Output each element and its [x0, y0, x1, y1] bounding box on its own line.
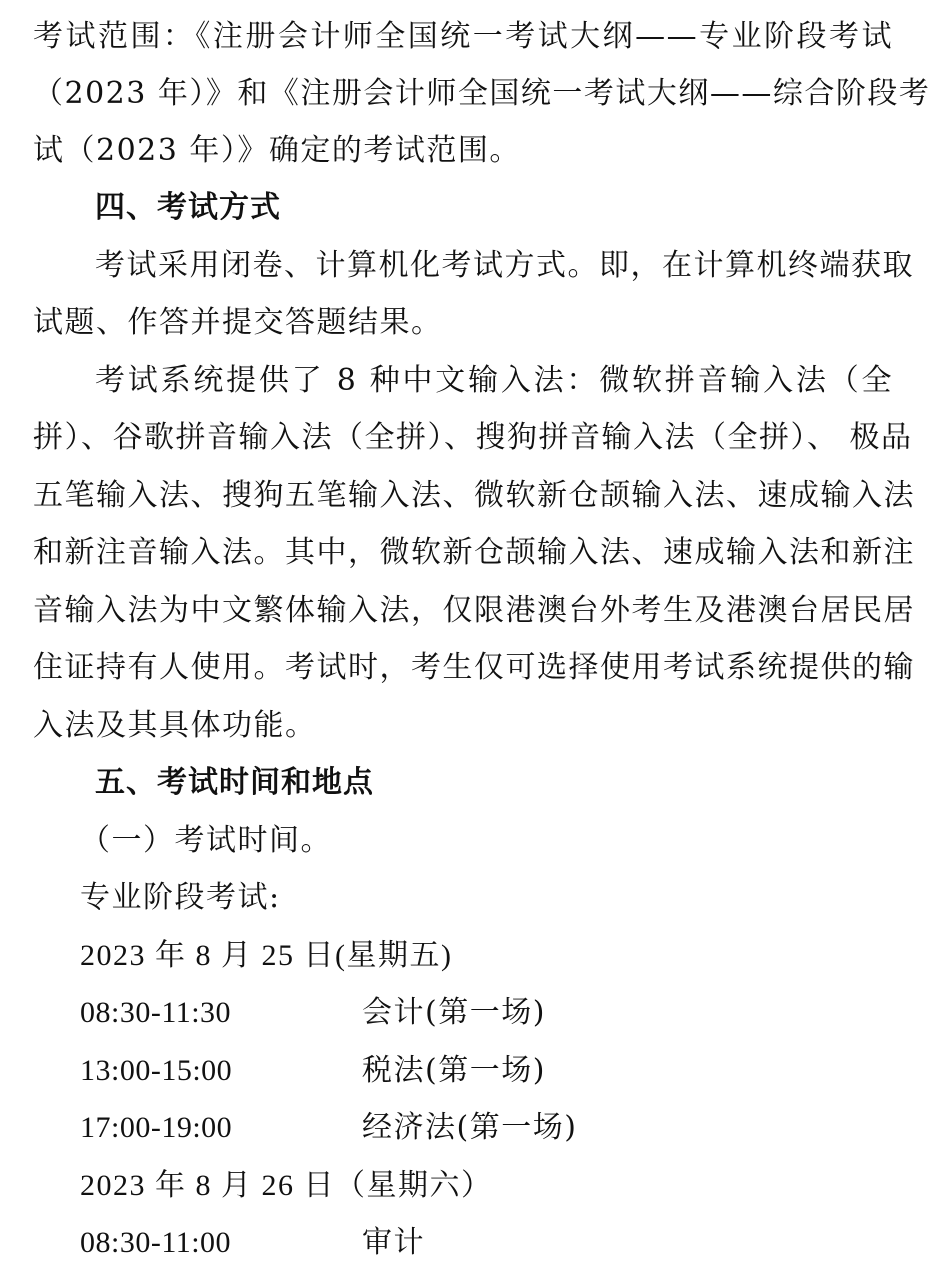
session-time: 08:30-11:00: [80, 1223, 362, 1263]
input-method-line-2: 拼）、谷歌拼音输入法（全拼）、搜狗拼音输入法（全拼）、 极品: [33, 418, 893, 458]
day-1-date: 2023 年 8 月 25 日(星期五): [80, 936, 935, 976]
schedule-row: 13:00-15:00税法(第一场): [80, 1051, 935, 1091]
input-method-line-6: 住证持有人使用。考试时，考生仅可选择使用考试系统提供的输: [33, 648, 893, 688]
input-method-line-1: 考试系统提供了 8 种中文输入法：微软拼音输入法（全: [95, 361, 893, 401]
input-method-line-7: 入法及其具体功能。: [33, 706, 935, 746]
schedule-row: 17:00-19:00经济法(第一场): [80, 1108, 935, 1148]
exam-time-subheading: （一）考试时间。: [80, 821, 935, 861]
section-five-heading: 五、考试时间和地点: [95, 763, 935, 803]
section-four-heading: 四、考试方式: [95, 188, 935, 228]
scope-line-1: 考试范围：《注册会计师全国统一考试大纲——专业阶段考试: [33, 17, 893, 57]
schedule-row: 08:30-11:00审计: [80, 1223, 935, 1263]
input-method-line-3: 五笔输入法、搜狗五笔输入法、微软新仓颉输入法、速成输入法: [33, 476, 893, 516]
session-subject: 税法(第一场): [362, 1053, 546, 1088]
schedule-row: 08:30-11:30会计(第一场): [80, 993, 935, 1033]
day-2-date: 2023 年 8 月 26 日（星期六）: [80, 1166, 935, 1206]
input-method-line-4: 和新注音输入法。其中，微软新仓颉输入法、速成输入法和新注: [33, 533, 893, 573]
exam-method-line-1: 考试采用闭卷、计算机化考试方式。即，在计算机终端获取: [95, 246, 893, 286]
session-time: 13:00-15:00: [80, 1051, 362, 1091]
session-subject: 经济法(第一场): [362, 1110, 577, 1145]
session-subject: 会计(第一场): [362, 995, 546, 1030]
input-method-line-5: 音输入法为中文繁体输入法，仅限港澳台外考生及港澳台居民居: [33, 591, 893, 631]
exam-method-line-2: 试题、作答并提交答题结果。: [33, 303, 935, 343]
stage-label: 专业阶段考试:: [80, 878, 935, 918]
scope-line-3: 试（2023 年）》确定的考试范围。: [33, 131, 935, 171]
scope-line-2: （2023 年）》和《注册会计师全国统一考试大纲——综合阶段考: [33, 74, 893, 114]
session-time: 08:30-11:30: [80, 993, 362, 1033]
session-time: 17:00-19:00: [80, 1108, 362, 1148]
session-subject: 审计: [362, 1225, 425, 1260]
